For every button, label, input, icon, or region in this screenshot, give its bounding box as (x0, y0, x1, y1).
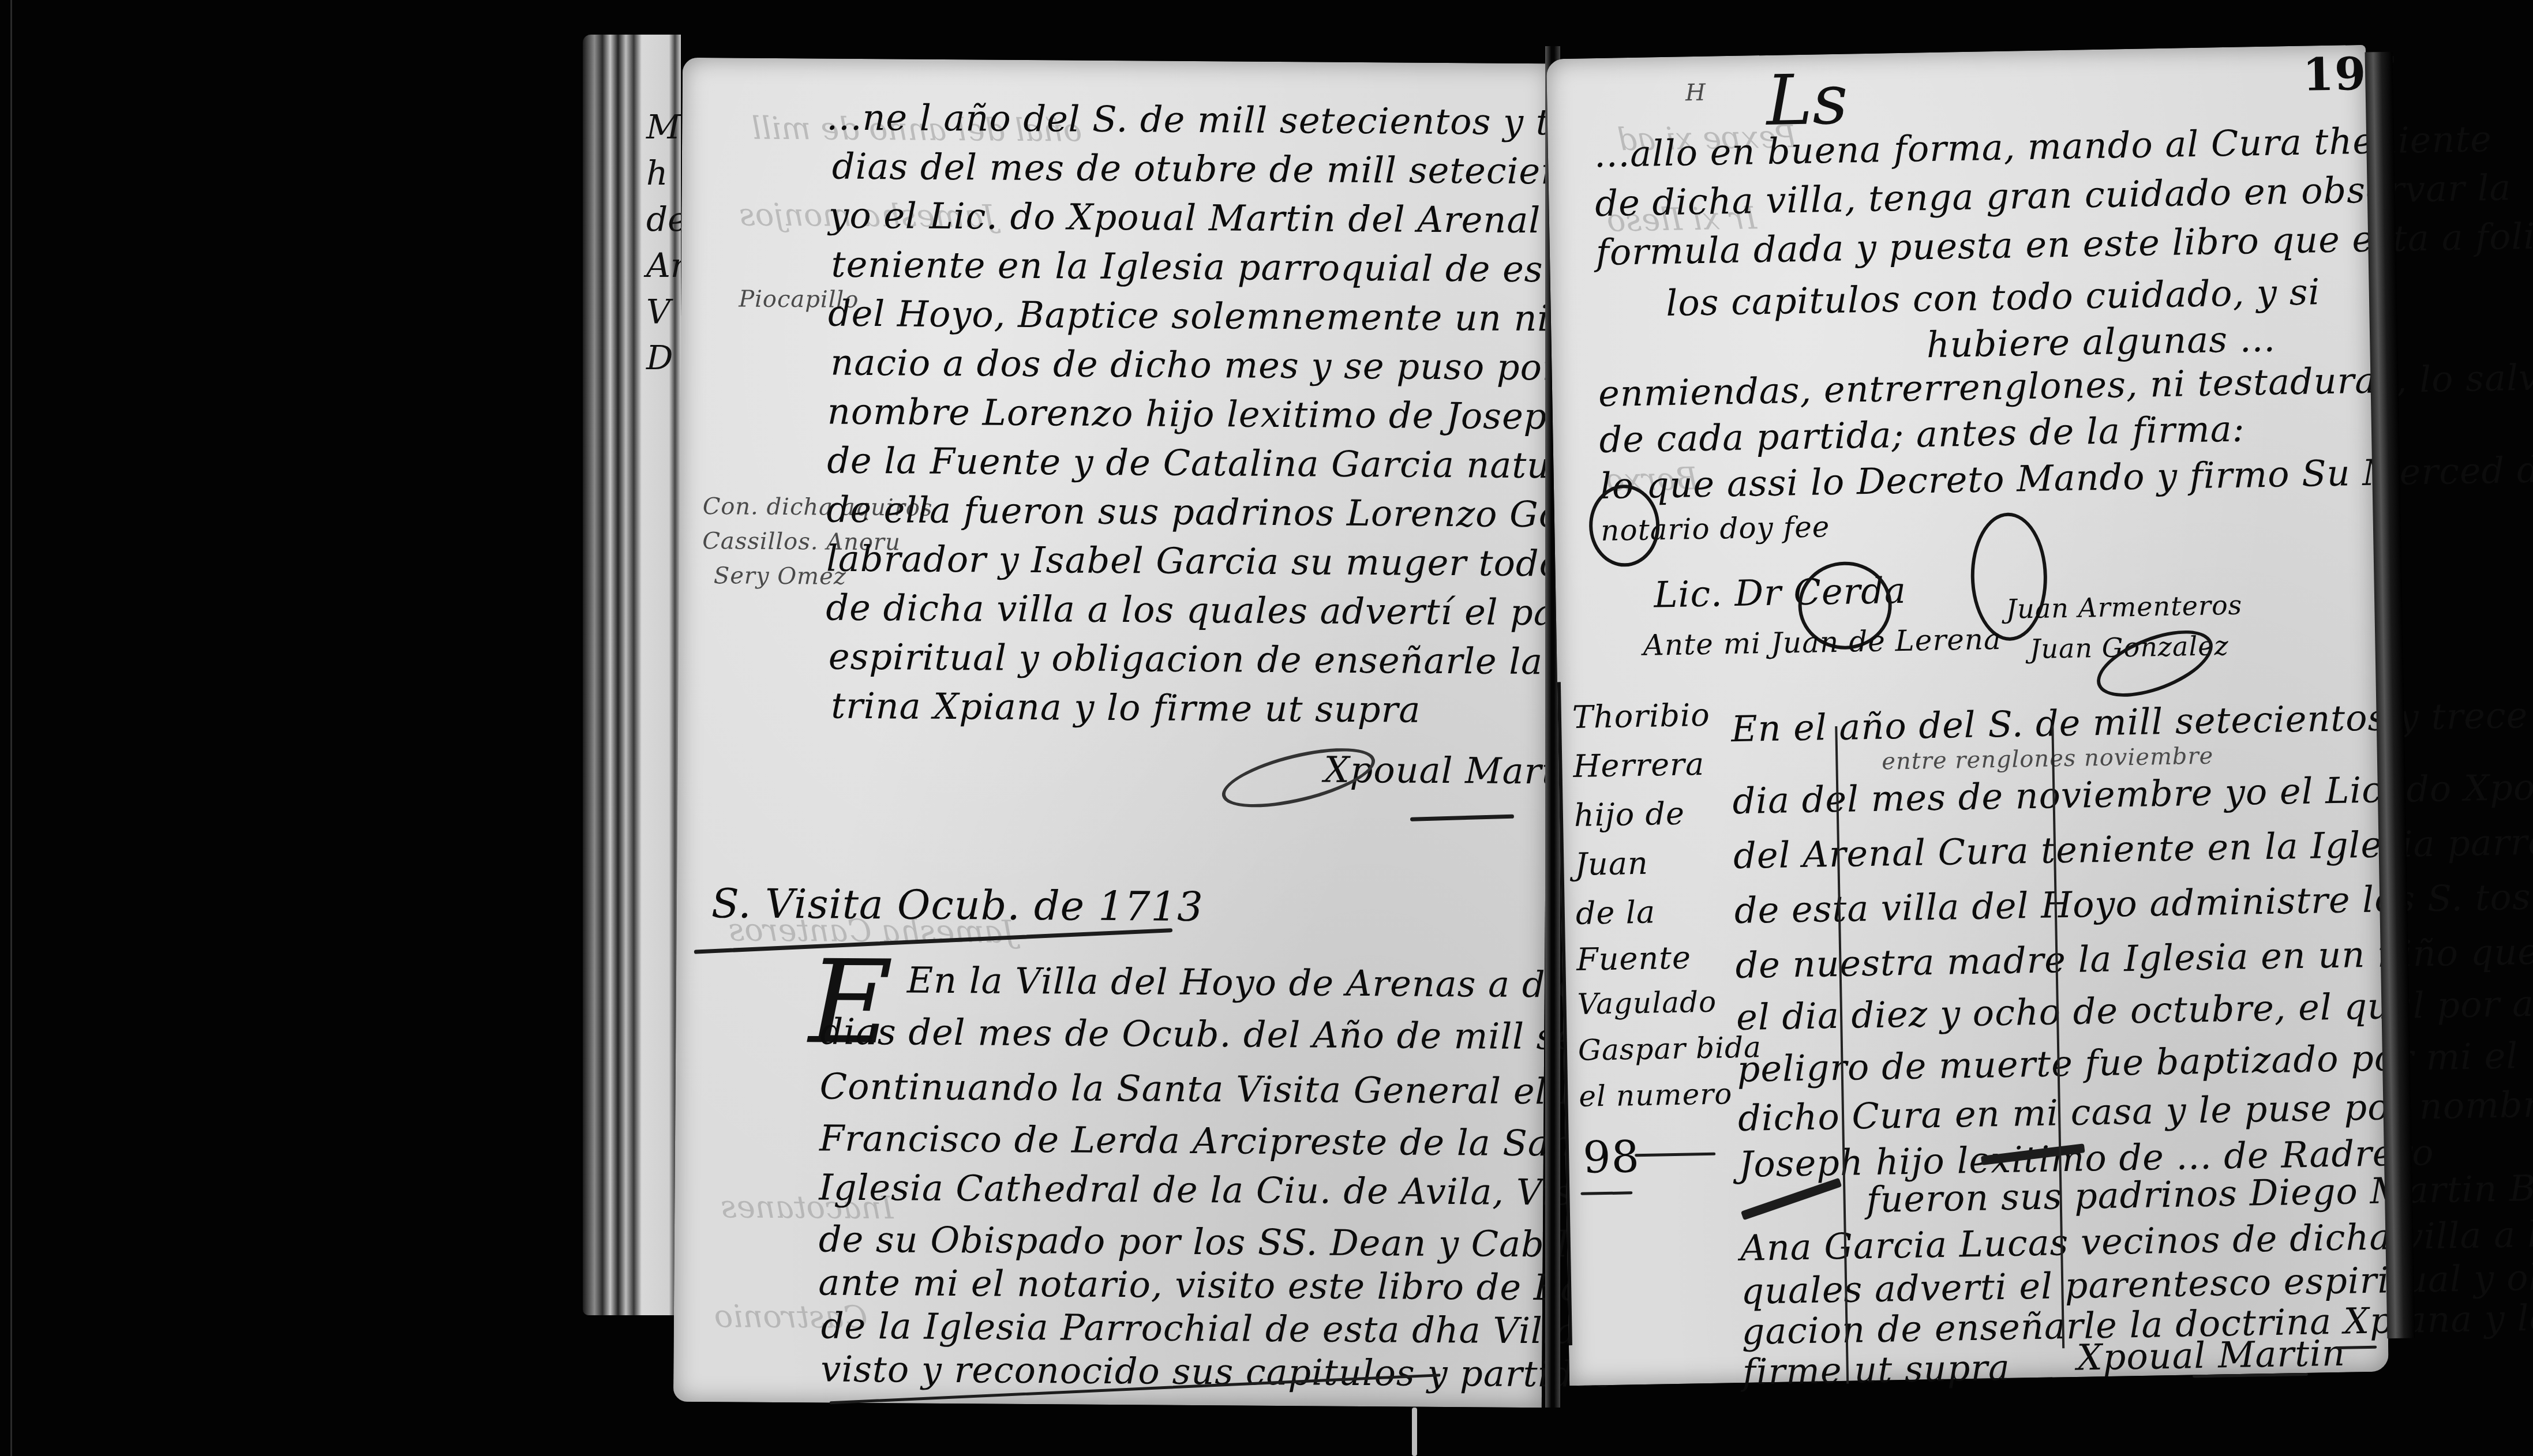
margin-note: Herrera (1573, 746, 1705, 785)
scan-edge-line (10, 0, 12, 1456)
margin-note: de la (1575, 894, 1655, 931)
margin-note: el numero (1579, 1077, 1733, 1113)
entry-line: firme ut supra (1742, 1346, 2010, 1393)
decree-line: de cada partida; antes de la firma: (1599, 408, 2245, 461)
entry-number: 98 (1582, 1131, 1640, 1183)
left-page: oñal del anno de mill Jamesha monjos Jam… (673, 58, 1551, 1408)
entry-line: dia del mes de noviembre yo el Lic. do X… (1732, 763, 2533, 822)
document-scan: M h de Ar V D oñal del anno de mill Jame… (0, 0, 2533, 1456)
visita-header: S. Visita Ocub. de 1713 (711, 880, 1204, 930)
decree-line: los capitulos con todo cuidado, y si (1666, 271, 2321, 324)
entry-line: Francisco de Lerda Arcipreste de la Sant… (819, 1117, 1610, 1165)
priest-signature: Xpoual Martin (2077, 1332, 2346, 1379)
right-page: Pexpe xi ad Ir xi Ileso Borxo 197 H Ls .… (1546, 45, 2389, 1386)
entry-line: dicho Cura en mi casa y le puse por nomb… (1737, 1083, 2533, 1139)
entry-line: En el año del S. de mill setecientos y t… (1731, 690, 2533, 750)
entry-line: el dia diez y ocho de octubre, el qual p… (1736, 981, 2533, 1038)
entry-line: Continuando la Santa Visita General el D… (819, 1065, 1666, 1113)
tab-letter: de (646, 196, 681, 242)
entry-line: nacio a dos de dicho mes y se puso por (830, 342, 1560, 389)
tab-letter: M (646, 104, 681, 150)
entry-line: de esta villa del Hoyo administre los S.… (1734, 872, 2533, 932)
entry-line: trina Xpiana y lo firme ut supra (831, 685, 1421, 731)
tab-letter: Ar (646, 242, 681, 288)
bookmark-string (1412, 1408, 1417, 1456)
entry-line: En la Villa del Hoyo de Arenas a diez y (907, 959, 1632, 1007)
margin-note: Fuente (1576, 939, 1692, 977)
entry-line: de nuestra madre la Iglesia en un niño q… (1735, 928, 2533, 986)
tab-letter: h (646, 150, 681, 196)
decree-line: hubiere algunas ... (1926, 318, 2276, 366)
tab-letter: V (646, 288, 681, 335)
entry-line: del Arenal Cura teniente en la Iglesia p… (1733, 819, 2533, 877)
entry-line: espiritual y obligacion de enseñarle la … (829, 636, 1634, 684)
margin-note: Juan (1575, 845, 1648, 883)
interlinear-note: entre renglones noviembre (1882, 743, 2214, 775)
page-tab-letters: M h de Ar V D (646, 104, 681, 381)
entry-line: visto y reconocido sus capitulos y parti… (820, 1348, 1614, 1396)
signature-flourish (1217, 736, 1381, 819)
signature: Juan Armenteros (2006, 590, 2242, 625)
margin-rule (1580, 1191, 1632, 1195)
signature-rubric-line (1410, 815, 1514, 821)
entry-line: yo el Lic. do Xpoual Martin del Arenal C… (829, 194, 1644, 242)
entry-line: de la Fuente y de Catalina Garcia natura… (827, 440, 1643, 487)
margin-note: Vagulado (1577, 985, 1717, 1021)
margin-note: hijo de (1573, 795, 1685, 834)
seal-flourish (1588, 484, 1660, 567)
top-mark: H (1685, 80, 1707, 107)
margin-note: Thoribio (1572, 697, 1710, 735)
entry-number-dash (1635, 1153, 1715, 1157)
margin-note: Gaspar bida (1578, 1030, 1762, 1067)
signature: Ante mi Juan de Lerena (1643, 622, 2002, 662)
page-stack-edges: M h de Ar V D (583, 35, 681, 1315)
tab-letter: D (646, 335, 681, 381)
line-filler-dash (2336, 1346, 2377, 1349)
